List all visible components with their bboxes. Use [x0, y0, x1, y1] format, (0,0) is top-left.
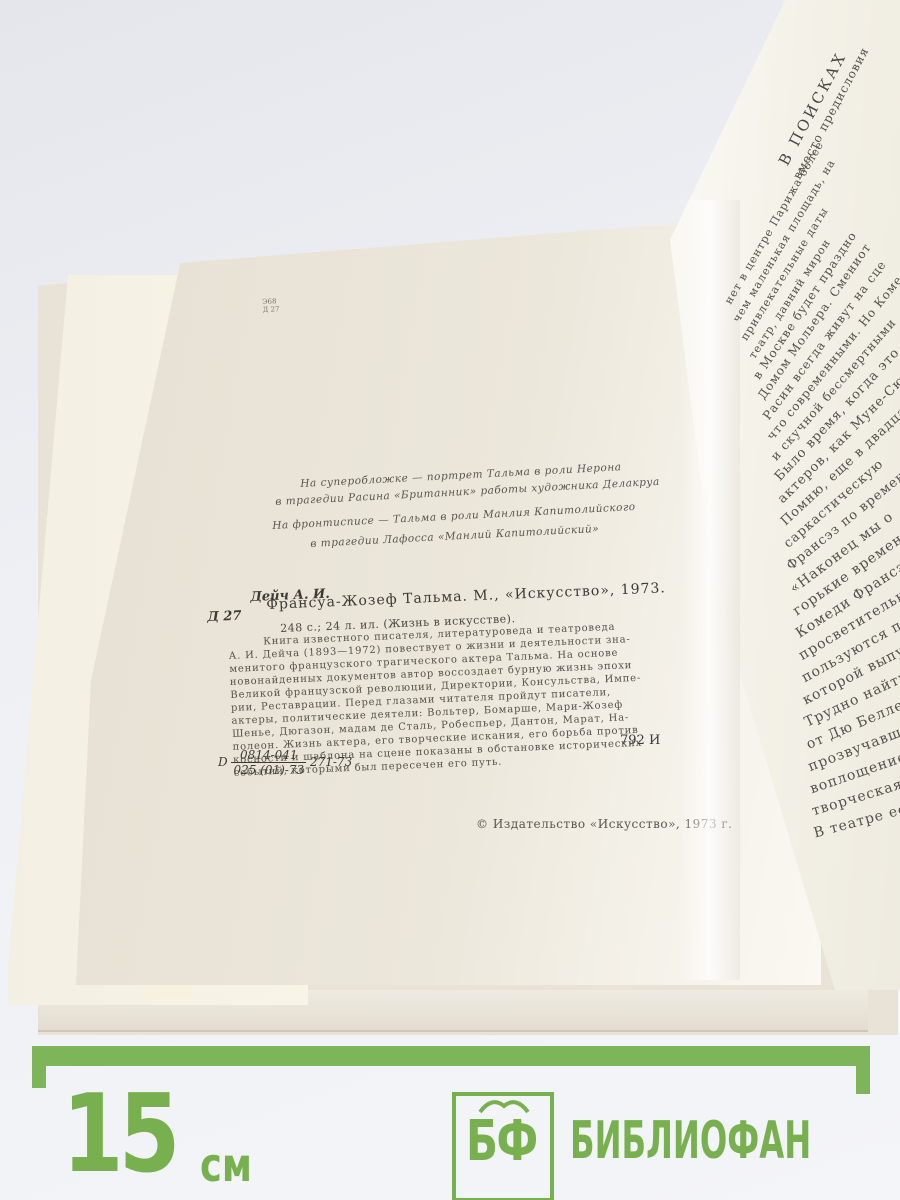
catalog-code-denominator: 025 (01)-73: [231, 763, 306, 777]
scale-ruler-bar: [32, 1046, 870, 1066]
scale-ruler-tick-left: [32, 1046, 46, 1088]
catalog-code-numerator: 0814-041: [231, 748, 306, 763]
classification-index: 792 И: [620, 733, 660, 748]
corner-mark-line: Д 27: [262, 305, 279, 314]
photo-scene: Э68 Д 27 На суперобложке — портрет Тальм…: [0, 0, 900, 1200]
corner-mark: Э68 Д 27: [262, 297, 280, 314]
scale-ruler-tick-right: [856, 1046, 870, 1094]
catalog-code: D 0814-041 025 (01)-73 271-73: [218, 748, 352, 777]
scale-size-number: 15: [62, 1080, 175, 1190]
scale-size-unit: см: [200, 1140, 252, 1190]
brand-name: БИБЛИОФАН: [570, 1112, 811, 1170]
shelf-mark: Д 27: [207, 609, 242, 625]
catalog-code-suffix: 271-73: [310, 755, 352, 769]
catalog-code-prefix: D: [218, 755, 228, 769]
brand-logo-letters: БФ: [466, 1112, 537, 1172]
catalog-code-fraction: 0814-041 025 (01)-73: [231, 748, 306, 777]
